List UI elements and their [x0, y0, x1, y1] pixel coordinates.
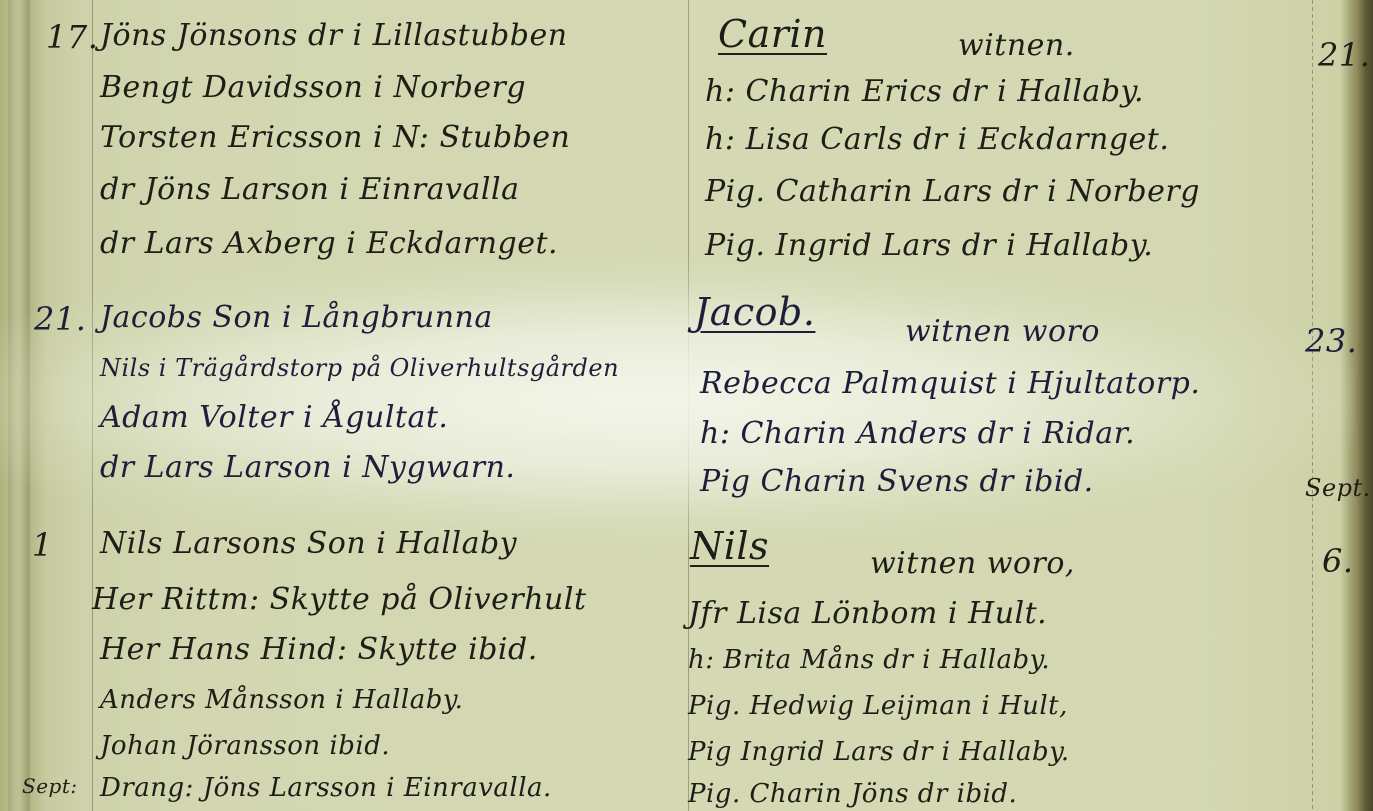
child-name: Carin — [718, 12, 827, 56]
entry-line: Her Hans Hind: Skytte ibid. — [100, 628, 538, 672]
entry-line: Her Rittm: Skytte på Oliverhult — [92, 578, 587, 622]
entry-line: dr Jöns Larson i Einravalla — [100, 168, 519, 212]
sponsor-line: Pig. Hedwig Leijman i Hult, — [688, 684, 1068, 728]
book-spine-edge — [1355, 0, 1373, 811]
entry-line: Bengt Davidsson i Norberg — [100, 66, 526, 110]
sponsor-line: Pig. Ingrid Lars dr i Hallaby. — [705, 224, 1153, 268]
entry-line: Anders Månsson i Hallaby. — [100, 678, 463, 722]
sponsor-line: Pig Charin Svens dr ibid. — [700, 460, 1094, 504]
entry-line: Johan Jöransson ibid. — [100, 724, 390, 768]
sponsor-line: h: Lisa Carls dr i Eckdarnget. — [705, 118, 1169, 162]
entry-line: Adam Volter i Ågultat. — [100, 396, 448, 440]
entry-line: Drang: Jöns Larsson i Einravalla. — [100, 766, 552, 810]
child-name: Nils — [690, 524, 769, 568]
column-rule-left — [92, 0, 93, 811]
column-rule-right — [1312, 0, 1313, 811]
entry-line: Jacobs Son i Långbrunna — [100, 296, 493, 340]
sponsor-line: Rebecca Palmquist i Hjultatorp. — [700, 362, 1200, 406]
baptism-day: 23. — [1305, 322, 1357, 360]
month-note: Sept. — [1305, 474, 1371, 502]
witness-label: witnen woro — [905, 314, 1100, 349]
month-note: Sept: — [22, 774, 78, 798]
witness-label: witnen woro, — [870, 546, 1075, 581]
page-fold-shadow — [8, 0, 30, 811]
baptism-day: 6. — [1322, 542, 1354, 580]
sponsor-line: h: Brita Måns dr i Hallaby. — [688, 638, 1050, 682]
entry-line: Nils i Trägårdstorp på Oliverhultsgården — [100, 346, 619, 390]
entry-line: Jöns Jönsons dr i Lillastubben — [100, 14, 568, 58]
birth-day: 21. — [34, 300, 86, 338]
birth-day: 17. — [46, 18, 98, 56]
sponsor-line: Pig. Catharin Lars dr i Norberg — [705, 170, 1200, 214]
entry-line: dr Lars Larson i Nygwarn. — [100, 446, 515, 490]
entry-line: Nils Larsons Son i Hallaby — [100, 522, 517, 566]
baptism-day: 21. — [1318, 36, 1370, 74]
birth-day: 1 — [32, 526, 53, 564]
sponsor-line: Pig Ingrid Lars dr i Hallaby. — [688, 730, 1070, 774]
witness-label: witnen. — [958, 28, 1075, 63]
sponsor-line: Jfr Lisa Lönbom i Hult. — [688, 592, 1047, 636]
sponsor-line: h: Charin Anders dr i Ridar. — [700, 412, 1135, 456]
entry-line: Torsten Ericsson i N: Stubben — [100, 116, 570, 160]
sponsor-line: Pig. Charin Jöns dr ibid. — [688, 772, 1017, 811]
entry-line: dr Lars Axberg i Eckdarnget. — [100, 222, 558, 266]
register-page: 17. Jöns Jönsons dr i Lillastubben Bengt… — [0, 0, 1373, 811]
sponsor-line: h: Charin Erics dr i Hallaby. — [705, 70, 1144, 114]
child-name: Jacob. — [694, 290, 815, 334]
